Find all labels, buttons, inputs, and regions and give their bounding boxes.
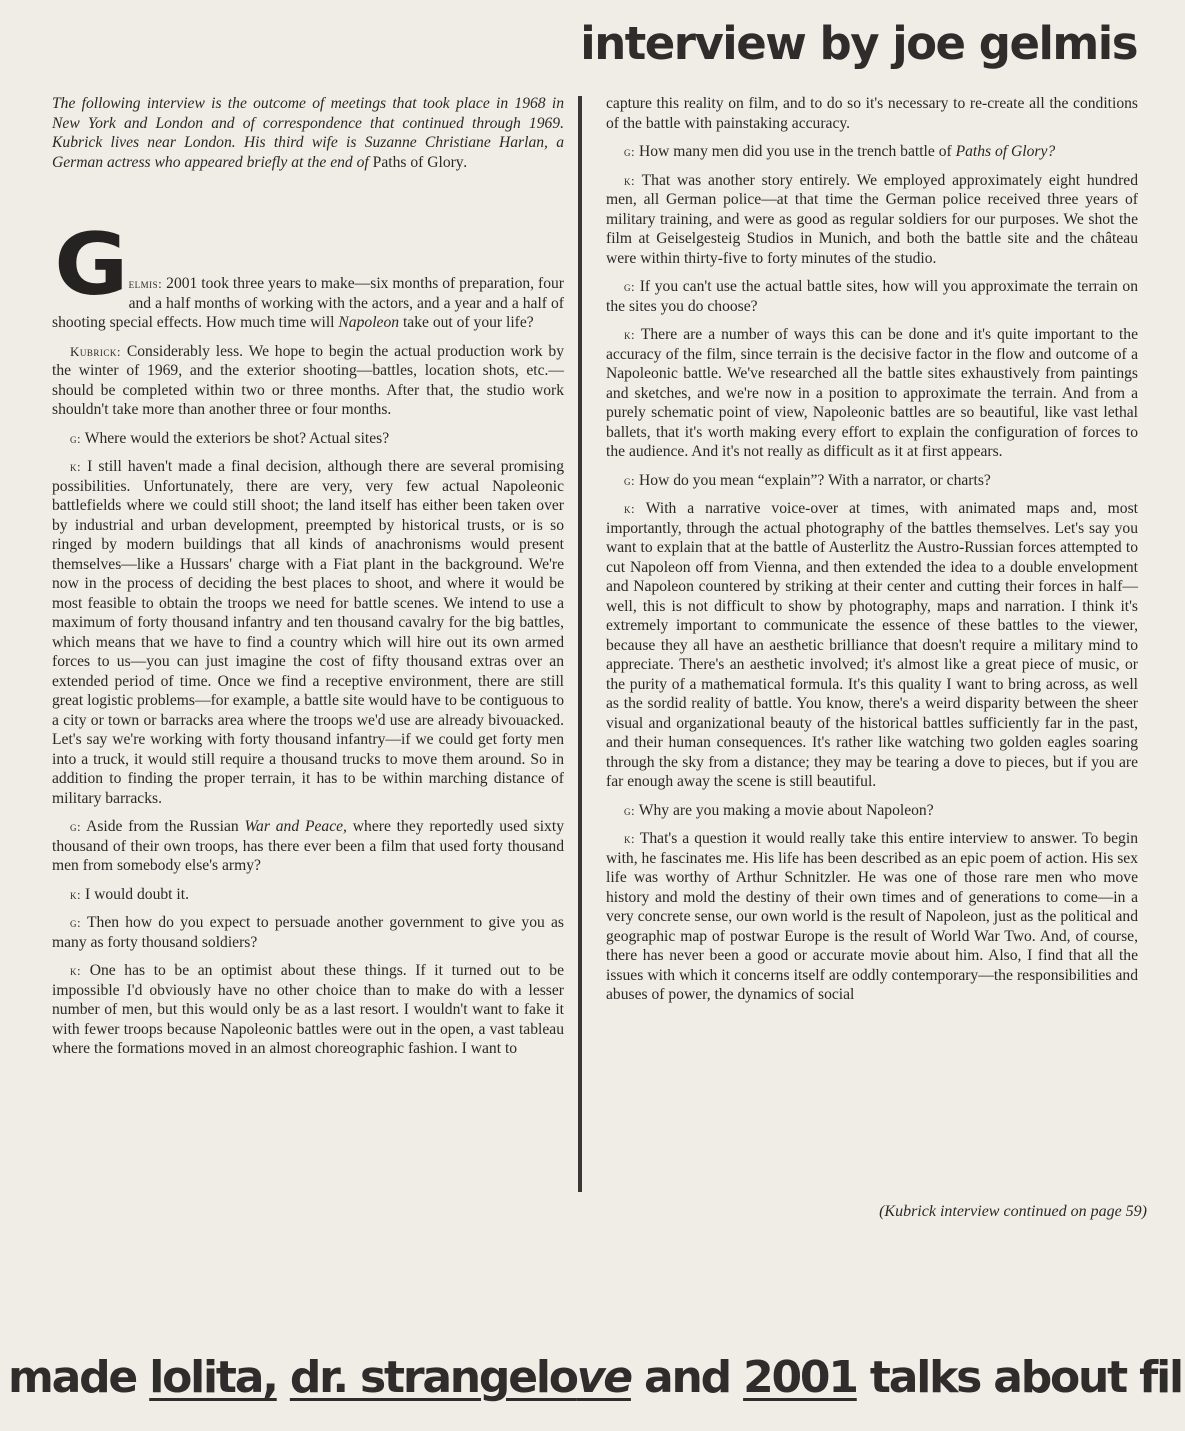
gelmis-question-8: g: Why are you making a movie about Napo… bbox=[606, 801, 1138, 821]
film-title-paths-of-glory: Paths of Glory bbox=[373, 154, 464, 171]
speaker-label: k: bbox=[624, 327, 635, 342]
speaker-label: g: bbox=[70, 819, 81, 834]
gelmis-question-4: g: Then how do you expect to persuade an… bbox=[52, 913, 564, 952]
speaker-label: k: bbox=[70, 887, 81, 902]
speaker-label: k: bbox=[70, 459, 81, 474]
drop-cap-letter: G bbox=[54, 234, 128, 296]
kubrick-answer-4-continued: capture this reality on film, and to do … bbox=[606, 94, 1138, 133]
speaker-label: k: bbox=[70, 963, 81, 978]
kubrick-answer-6: k: There are a number of ways this can b… bbox=[606, 325, 1138, 462]
left-column: The following interview is the outcome o… bbox=[52, 94, 564, 1068]
speaker-label: elmis: bbox=[129, 276, 163, 291]
magazine-page: interview by joe gelmis The following in… bbox=[0, 0, 1185, 1431]
speaker-label: g: bbox=[624, 279, 635, 294]
speaker-label: k: bbox=[624, 501, 635, 516]
speaker-label: k: bbox=[624, 173, 635, 188]
title-2001: 2001 bbox=[743, 1352, 857, 1403]
headline-byline: by joe gelmis bbox=[805, 17, 1137, 70]
headline-word-interview: interview bbox=[580, 17, 805, 70]
speaker-label: g: bbox=[624, 473, 635, 488]
kubrick-answer-3: k: I would doubt it. bbox=[52, 885, 564, 905]
speaker-label: g: bbox=[624, 803, 635, 818]
kubrick-answer-8: k: That's a question it would really tak… bbox=[606, 829, 1138, 1005]
gelmis-question-5: g: How many men did you use in the trenc… bbox=[606, 142, 1138, 162]
speaker-label: k: bbox=[624, 831, 635, 846]
speaker-label: g: bbox=[70, 431, 81, 446]
gelmis-question-7: g: How do you mean “explain”? With a nar… bbox=[606, 471, 1138, 491]
gelmis-question-1: Gelmis: 2001 took three years to make—si… bbox=[52, 232, 564, 333]
speaker-label: g: bbox=[624, 144, 635, 159]
kubrick-answer-4: k: One has to be an optimist about these… bbox=[52, 961, 564, 1059]
headline-interview-by: interview by joe gelmis bbox=[580, 14, 1137, 74]
gelmis-question-6: g: If you can't use the actual battle si… bbox=[606, 277, 1138, 316]
intro-paragraph: The following interview is the outcome o… bbox=[52, 94, 564, 172]
continued-on-page-note: (Kubrick interview continued on page 59) bbox=[879, 1203, 1147, 1221]
headline-made-lolita: made lolita, dr. strangelove and 2001 ta… bbox=[8, 1350, 1185, 1406]
kubrick-answer-2: k: I still haven't made a final decision… bbox=[52, 457, 564, 808]
speaker-label: g: bbox=[70, 915, 81, 930]
gelmis-question-2: g: Where would the exteriors be shot? Ac… bbox=[52, 429, 564, 449]
kubrick-answer-5: k: That was another story entirely. We e… bbox=[606, 171, 1138, 269]
speaker-label: Kubrick: bbox=[70, 344, 121, 359]
kubrick-answer-1: Kubrick: Considerably less. We hope to b… bbox=[52, 342, 564, 420]
title-lolita: lolita, bbox=[149, 1352, 277, 1403]
right-column: capture this reality on film, and to do … bbox=[606, 94, 1138, 1014]
gelmis-question-3: g: Aside from the Russian War and Peace,… bbox=[52, 817, 564, 876]
kubrick-answer-7: k: With a narrative voice-over at times,… bbox=[606, 499, 1138, 792]
column-divider-rule bbox=[578, 96, 582, 1192]
title-dr-strangelove: dr. strangelove bbox=[290, 1352, 631, 1403]
